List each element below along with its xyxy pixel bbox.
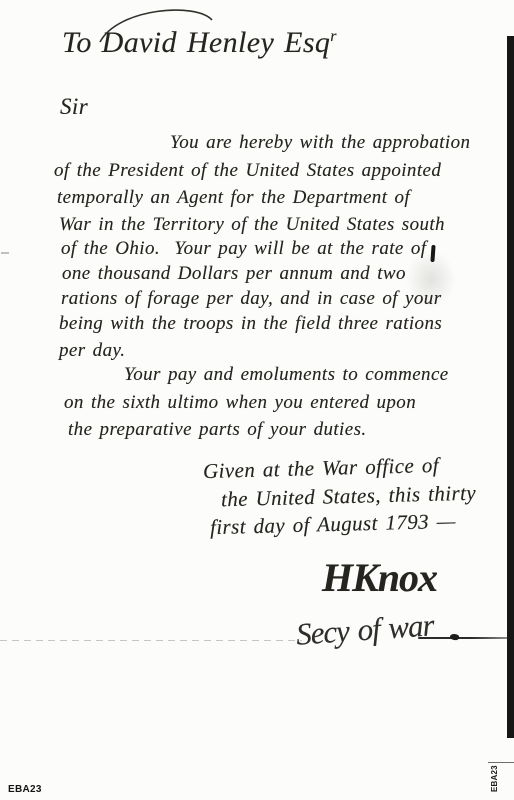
archive-label-tick bbox=[488, 762, 514, 763]
ink-smudge bbox=[406, 250, 456, 308]
signature-flourish-stroke bbox=[418, 637, 508, 639]
para2-line2: on the sixth ultimo when you entered upo… bbox=[64, 392, 416, 414]
para1-line6: one thousand Dollars per annum and two bbox=[62, 263, 406, 285]
para1-line8: being with the troops in the field three… bbox=[59, 313, 442, 335]
para1-line3: temporally an Agent for the Department o… bbox=[57, 187, 410, 209]
address-superscript: r bbox=[330, 28, 337, 45]
para1-line1: You are hereby with the approbation bbox=[170, 132, 470, 154]
salutation-line: Sir bbox=[60, 94, 88, 120]
signature-flourish-blob bbox=[449, 633, 459, 641]
address-text: To David Henley Esq bbox=[62, 26, 330, 59]
archive-label-right-edge: EBA23 bbox=[490, 765, 499, 792]
address-line: To David Henley Esqr bbox=[62, 26, 337, 60]
para2-line3: the preparative parts of your duties. bbox=[68, 419, 367, 441]
archive-label-bottom-left: EBA23 bbox=[8, 784, 42, 795]
scan-scratch-line bbox=[0, 640, 302, 641]
letter-page: To David Henley Esqr Sir You are hereby … bbox=[0, 0, 514, 800]
para1-line9: per day. bbox=[59, 340, 125, 362]
dateline-line2: the United States, this thirty bbox=[221, 481, 477, 513]
dateline-line3: first day of August 1793 — bbox=[210, 509, 456, 540]
dateline-line1: Given at the War office of bbox=[203, 453, 440, 484]
para2-line1: Your pay and emoluments to commence bbox=[124, 364, 449, 386]
microfilm-edge-bar bbox=[507, 36, 514, 738]
edge-speck bbox=[1, 252, 9, 254]
signature-title: Secy of war bbox=[295, 607, 435, 653]
para1-line7: rations of forage per day, and in case o… bbox=[61, 288, 442, 310]
para1-line4: War in the Territory of the United State… bbox=[59, 214, 445, 236]
para1-line2: of the President of the United States ap… bbox=[54, 160, 441, 182]
signature-name: HKnox bbox=[322, 554, 437, 601]
para1-line5: of the Ohio. Your pay will be at the rat… bbox=[61, 238, 426, 260]
